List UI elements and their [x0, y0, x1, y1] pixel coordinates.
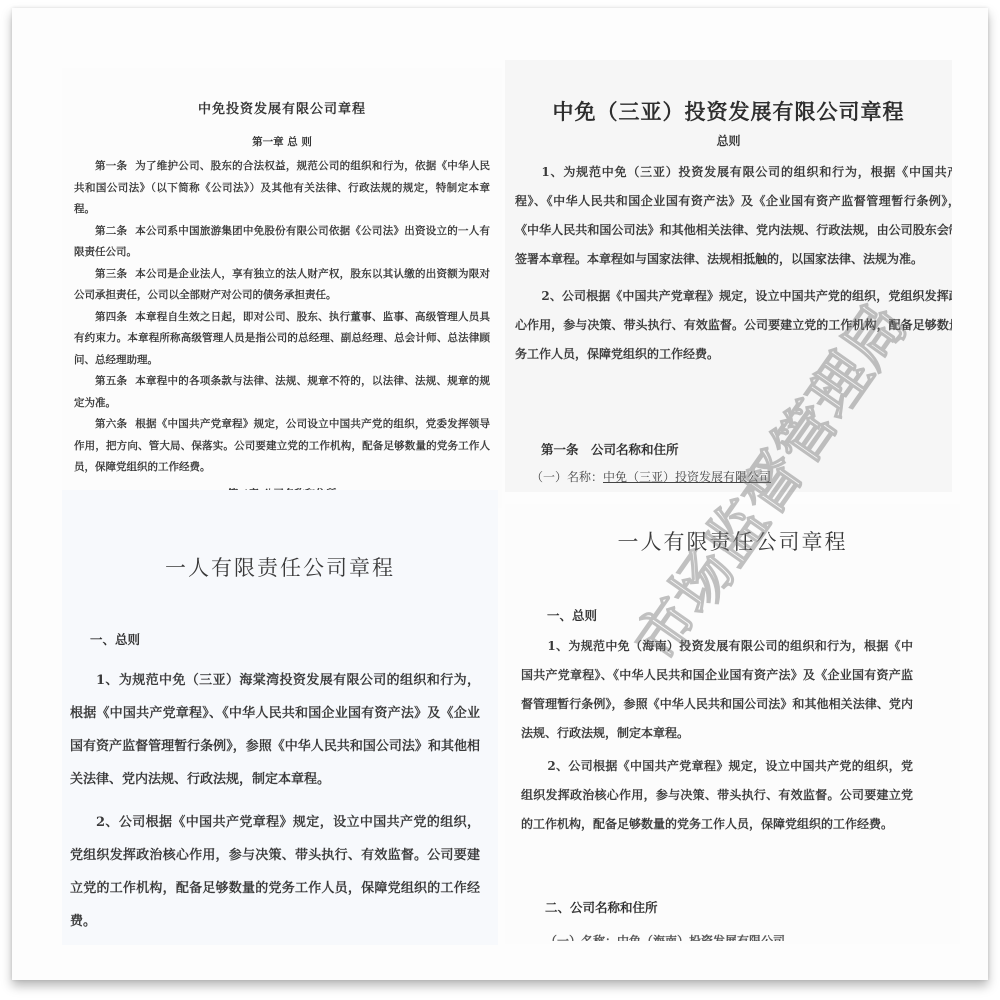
doc-panel-cdf-investment: 中免投资发展有限公司章程 第一章 总 则 第一条为了维护公司、股东的合法权益，规… [62, 68, 502, 508]
doc-title: 中免（三亚）投资发展有限公司章程 [505, 96, 952, 126]
article: 第三条本公司是企业法人，享有独立的法人财产权，股东以其认缴的出资额为限对公司承担… [74, 264, 490, 307]
doc-title: 一人有限责任公司章程 [62, 552, 498, 582]
doc-panel-cdf-sanya: 中免（三亚）投资发展有限公司章程 总则 1、为规范中免（三亚）投资发展有限公司的… [505, 60, 952, 492]
doc-title: 一人有限责任公司章程 [505, 526, 960, 556]
article-heading: 第一条 公司名称和住所 [541, 440, 679, 458]
document-collage: 中免投资发展有限公司章程 第一章 总 则 第一条为了维护公司、股东的合法权益，规… [12, 8, 988, 980]
article: 第四条本章程自生效之日起，即对公司、股东、执行董事、监事、高级管理人员具有约束力… [74, 307, 490, 372]
company-name-value: 中免（三亚）投资发展有限公司 [603, 470, 771, 484]
paragraph-list: 1、为规范中免（海南）投资发展有限公司的组织和行为，根据《中国共产党章程》、《中… [521, 632, 913, 839]
paragraph: 1、为规范中免（三亚）海棠湾投资发展有限公司的组织和行为，根据《中国共产党章程》… [70, 664, 480, 796]
section-heading: 一、总则 [90, 630, 140, 648]
paragraph-list: 1、为规范中免（三亚）海棠湾投资发展有限公司的组织和行为，根据《中国共产党章程》… [70, 664, 480, 938]
paragraph: 1、为规范中免（三亚）投资发展有限公司的组织和行为，根据《中国共产党章程》、《中… [515, 158, 952, 274]
doc-title: 中免投资发展有限公司章程 [62, 98, 502, 117]
paragraph: 2、公司根据《中国共产党章程》规定，设立中国共产党的组织，党组织发挥政治核心作用… [515, 282, 952, 369]
paragraph-list: 1、为规范中免（三亚）投资发展有限公司的组织和行为，根据《中国共产党章程》、《中… [515, 158, 952, 369]
section-heading: 一、总则 [547, 606, 597, 624]
article: 第六条根据《中国共产党章程》规定，公司设立中国共产党的组织，党委发挥领导作用，把… [74, 414, 490, 479]
article-list: 第一条为了维护公司、股东的合法权益，规范公司的组织和行为，依据《中华人民共和国公… [74, 156, 490, 479]
company-name-line: （一）名称：中免（三亚）投资发展有限公司 [531, 468, 771, 485]
article: 第二条本公司系中国旅游集团中免股份有限公司依据《公司法》出资设立的一人有限责任公… [74, 221, 490, 264]
article: 第一条为了维护公司、股东的合法权益，规范公司的组织和行为，依据《中华人民共和国公… [74, 156, 490, 221]
section-heading: 总则 [505, 132, 952, 149]
doc-panel-haitang-bay: 一人有限责任公司章程 一、总则 1、为规范中免（三亚）海棠湾投资发展有限公司的组… [62, 490, 498, 945]
article: 第五条本章程中的各项条款与法律、法规、规章不符的，以法律、法规、规章的规定为准。 [74, 371, 490, 414]
truncated-line: （一）名称：中免（海南）投资发展有限公司 [545, 932, 785, 941]
doc-panel-cdf-hainan: 一人有限责任公司章程 一、总则 1、为规范中免（海南）投资发展有限公司的组织和行… [505, 504, 960, 944]
chapter-heading: 第一章 总 则 [62, 134, 502, 149]
paragraph: 2、公司根据《中国共产党章程》规定，设立中国共产党的组织，党组织发挥政治核心作用… [521, 752, 913, 839]
section-heading: 二、公司名称和住所 [545, 898, 658, 916]
paragraph: 2、公司根据《中国共产党章程》规定，设立中国共产党的组织，党组织发挥政治核心作用… [70, 806, 480, 938]
paragraph: 1、为规范中免（海南）投资发展有限公司的组织和行为，根据《中国共产党章程》、《中… [521, 632, 913, 748]
